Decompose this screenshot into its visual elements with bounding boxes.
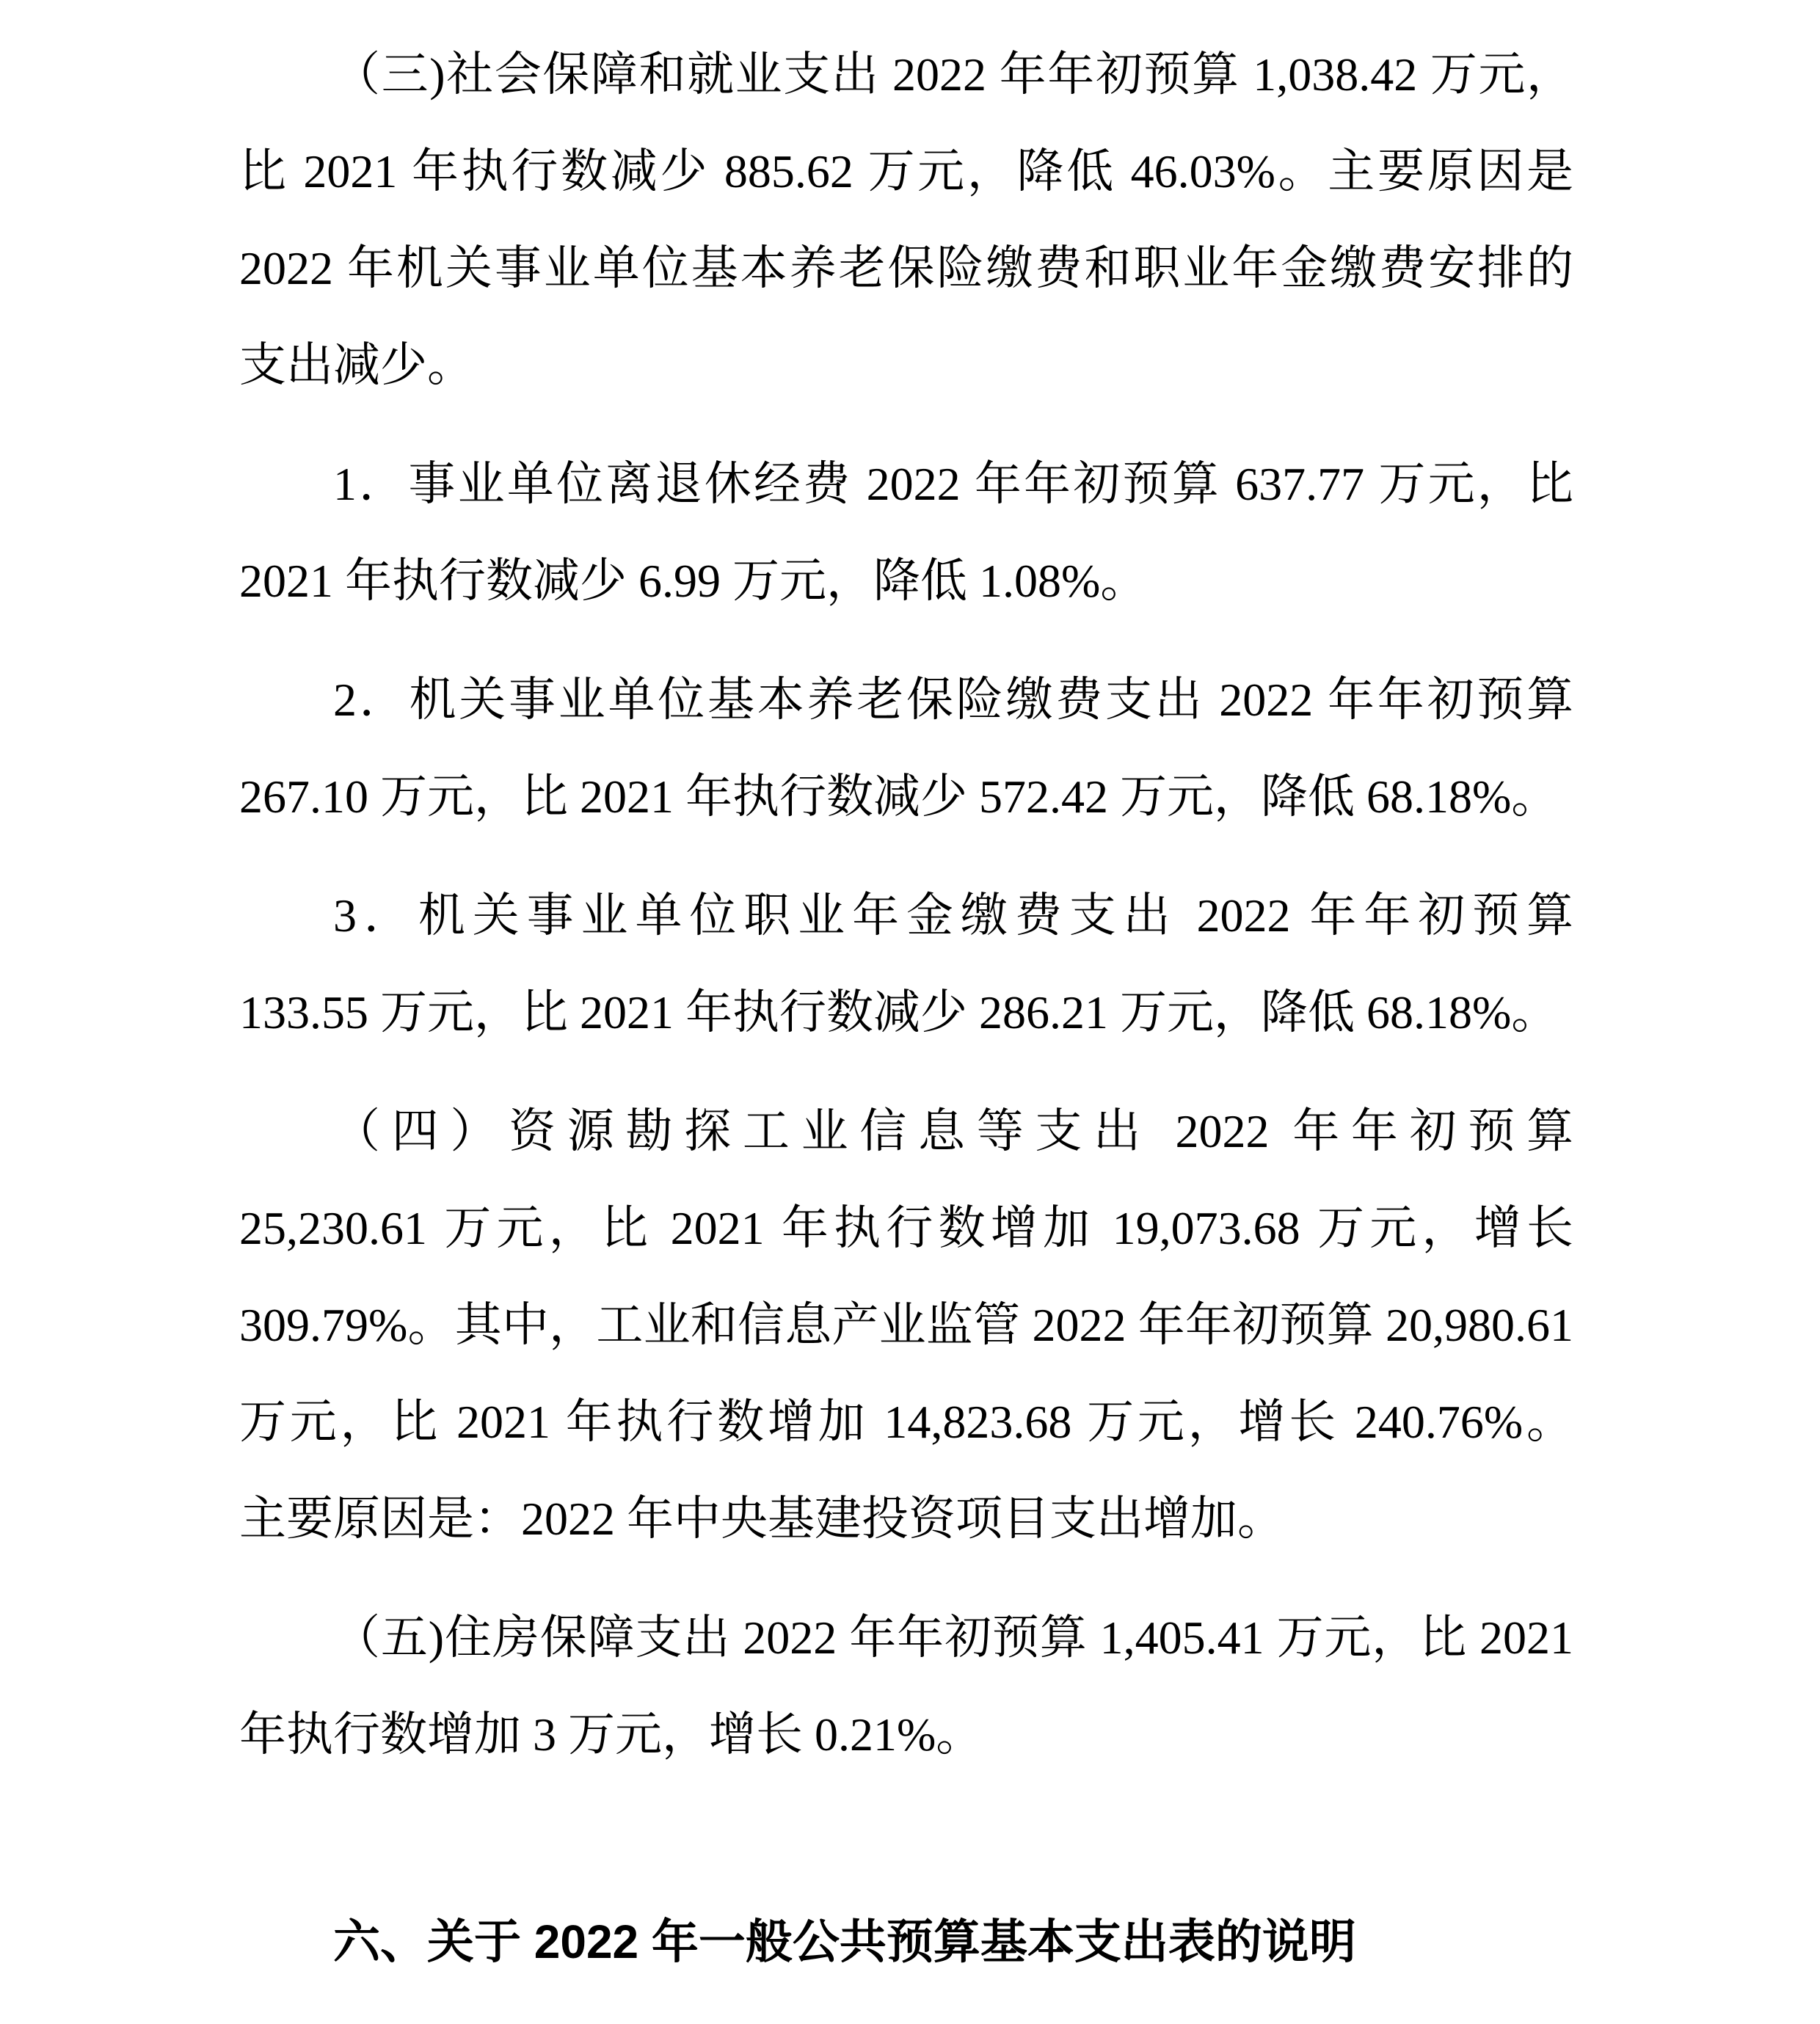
text-line: 万元，比 2021 年执行数增加 14,823.68 万元，增长 240.76%…	[239, 1374, 1573, 1471]
text-line: 133.55 万元，比 2021 年执行数减少 286.21 万元，降低 68.…	[239, 964, 1573, 1061]
paragraph-item-3: 3．机关事业单位职业年金缴费支出 2022 年年初预算 133.55 万元，比 …	[239, 867, 1573, 1061]
document-page: （三)社会保障和就业支出 2022 年年初预算 1,038.42 万元， 比 2…	[0, 0, 1820, 2024]
text-line: （四）资源勘探工业信息等支出 2022 年年初预算	[239, 1083, 1573, 1180]
paragraph-social-security: （三)社会保障和就业支出 2022 年年初预算 1,038.42 万元， 比 2…	[239, 26, 1573, 414]
paragraph-item-2: 2．机关事业单位基本养老保险缴费支出 2022 年年初预算 267.10 万元，…	[239, 652, 1573, 845]
text-line: 比 2021 年执行数减少 885.62 万元，降低 46.03%。主要原因是	[239, 123, 1573, 220]
text-line: （五)住房保障支出 2022 年年初预算 1,405.41 万元，比 2021	[239, 1590, 1573, 1686]
section-heading: 六、关于 2022 年一般公共预算基本支出表的说明	[239, 1893, 1573, 1990]
text-line: （三)社会保障和就业支出 2022 年年初预算 1,038.42 万元，	[239, 26, 1573, 123]
text-line: 主要原因是：2022 年中央基建投资项目支出增加。	[239, 1471, 1573, 1568]
text-line: 2．机关事业单位基本养老保险缴费支出 2022 年年初预算	[239, 652, 1573, 749]
text-line: 年执行数增加 3 万元，增长 0.21%。	[239, 1686, 1573, 1783]
text-line: 1．事业单位离退休经费 2022 年年初预算 637.77 万元，比	[239, 436, 1573, 533]
text-line: 支出减少。	[239, 317, 1573, 414]
document-body: （三)社会保障和就业支出 2022 年年初预算 1,038.42 万元， 比 2…	[239, 26, 1573, 1990]
text-line: 309.79%。其中，工业和信息产业监管 2022 年年初预算 20,980.6…	[239, 1277, 1573, 1374]
text-line: 2022 年机关事业单位基本养老保险缴费和职业年金缴费安排的	[239, 220, 1573, 317]
text-line: 2021 年执行数减少 6.99 万元，降低 1.08%。	[239, 533, 1573, 630]
paragraph-resource-exploration: （四）资源勘探工业信息等支出 2022 年年初预算 25,230.61 万元，比…	[239, 1083, 1573, 1568]
text-line: 267.10 万元，比 2021 年执行数减少 572.42 万元，降低 68.…	[239, 749, 1573, 845]
paragraph-housing-security: （五)住房保障支出 2022 年年初预算 1,405.41 万元，比 2021 …	[239, 1590, 1573, 1783]
paragraph-item-1: 1．事业单位离退休经费 2022 年年初预算 637.77 万元，比 2021 …	[239, 436, 1573, 630]
text-line: 25,230.61 万元，比 2021 年执行数增加 19,073.68 万元，…	[239, 1180, 1573, 1277]
text-line: 3．机关事业单位职业年金缴费支出 2022 年年初预算	[239, 867, 1573, 964]
